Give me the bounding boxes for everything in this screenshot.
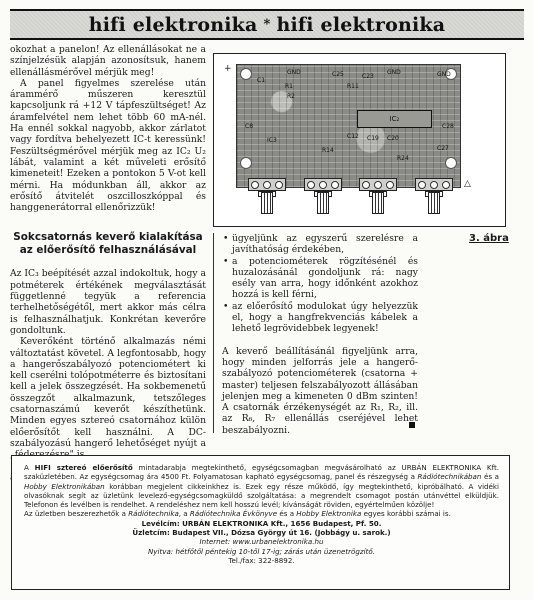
ad-text: és a [277,509,296,518]
internet-address: Internet: www.urbanelektronika.hu [200,537,324,546]
pot-shaft-icon [372,192,384,214]
ad-intro: A HIFI sztereó előerősítő mintadarabja m… [24,463,499,509]
mail-address: Levélcím: URBÁN ELEKTRONIKA Kft., 1656 B… [142,519,382,528]
pcb-label: GND [437,71,451,78]
pcb-label: R24 [397,155,409,162]
ad-magazine-name: Rádiótechnika Évkönyve [190,509,277,518]
circuit-board-image: IC₂ GND C1 R1 R2 C25 R11 C23 GND C8 IC3 … [236,64,461,188]
right-column: ügyeljünk az egyszerű szerelésre a javít… [213,233,418,433]
paragraph: Keverőként történő alkalmazás némi válto… [10,336,206,460]
pcb-label: R14 [322,147,334,154]
end-of-article-icon [409,422,415,428]
list-item: a potenciométerek rögzítésénél és huzalo… [222,256,418,301]
ad-text: A [24,463,35,472]
pcb-label: R11 [347,83,359,90]
pcb-label: R1 [285,83,293,90]
pcb-label: C27 [437,145,449,152]
paragraph: A panel figyelmes szerelése után árammér… [10,78,206,214]
pcb-label: C19 [367,135,379,142]
pcb-label: GND [387,69,401,76]
ad-text: és a [481,472,499,481]
shop-address: Üzletcím: Budapest VII., Dózsa György út… [132,528,390,537]
paragraph: Az IC₃ beépítését azzal indokoltuk, hogy… [10,268,206,336]
ic-label: IC₂ [390,115,400,123]
ad-text: , a [179,509,190,518]
page-header: hifi elektronika * hifi elektronika [10,9,524,40]
mounting-hole-icon [240,68,252,80]
bullet-list: ügyeljünk az egyszerű szerelésre a javít… [222,233,418,335]
potentiometer-connector [359,178,397,191]
ad-magazine-name: Hobby Elektronikában [24,482,105,491]
pcb-label: C12 [347,133,359,140]
advertisement-box: A HIFI sztereó előerősítő mintadarabja m… [11,455,510,590]
ad-magazine-name: Rádiótechnika [128,509,179,518]
potentiometer-connector [248,178,286,191]
header-title-right: hifi elektronika [277,14,446,36]
pcb-label: GND [287,69,301,76]
mounting-hole-icon [240,157,252,169]
ad-magazine-name: Rádiótechnikában [418,472,482,481]
pcb-label: C25 [332,71,344,78]
ad-back-issues: Az üzletben beszerezhetők a Rádiótechnik… [24,509,499,518]
list-item: az előerősítő modulokat úgy helyezzük el… [222,301,418,335]
pot-shaft-icon [317,192,329,214]
ic-chip: IC₂ [357,110,432,128]
left-column: okozhat a panelon! Az ellenállásokat ne … [10,44,206,483]
pot-shaft-icon [428,192,440,214]
ad-text: Az üzletben beszerezhetők a [24,509,128,518]
ad-magazine-name: Hobby Elektronika [296,509,361,518]
figure-caption: 3. ábra [469,233,509,244]
pcb-label: C8 [245,123,253,130]
pcb-label: C23 [362,73,374,80]
pcb-label: C1 [257,77,265,84]
pcb-label: R2 [287,93,295,100]
pot-shaft-icon [261,192,273,214]
pcb-label: IC3 [267,137,277,144]
mounting-hole-icon [445,157,457,169]
header-separator-icon: * [264,17,271,32]
phone-number: Tel./fax: 322-8892. [24,556,499,565]
pcb-label: C28 [442,123,454,130]
header-title-left: hifi elektronika [89,14,258,36]
potentiometer-connector [304,178,342,191]
pcb-label: C20 [387,135,399,142]
opening-hours: Nyitva: hétfőtől péntekig 10-től 17-ig; … [148,547,375,556]
section-title: Sokcsatornás keverő kialakítása az előer… [10,231,206,256]
potentiometer-connector [415,178,453,191]
polarity-mark: + [224,64,232,74]
ad-product-name: HIFI sztereó előerősítő [35,463,133,472]
pcb-figure: + IC₂ GND C1 R1 R2 C25 R11 C23 GND C8 IC… [213,53,506,227]
triangle-mark-icon: △ [464,179,471,189]
list-item: ügyeljünk az egyszerű szerelésre a javít… [222,233,418,256]
ad-text: egyes korábbi számai is. [361,509,451,518]
paragraph: okozhat a panelon! Az ellenállásokat ne … [10,44,206,78]
paragraph: A keverő beállításánál figyeljünk arra, … [222,346,418,436]
